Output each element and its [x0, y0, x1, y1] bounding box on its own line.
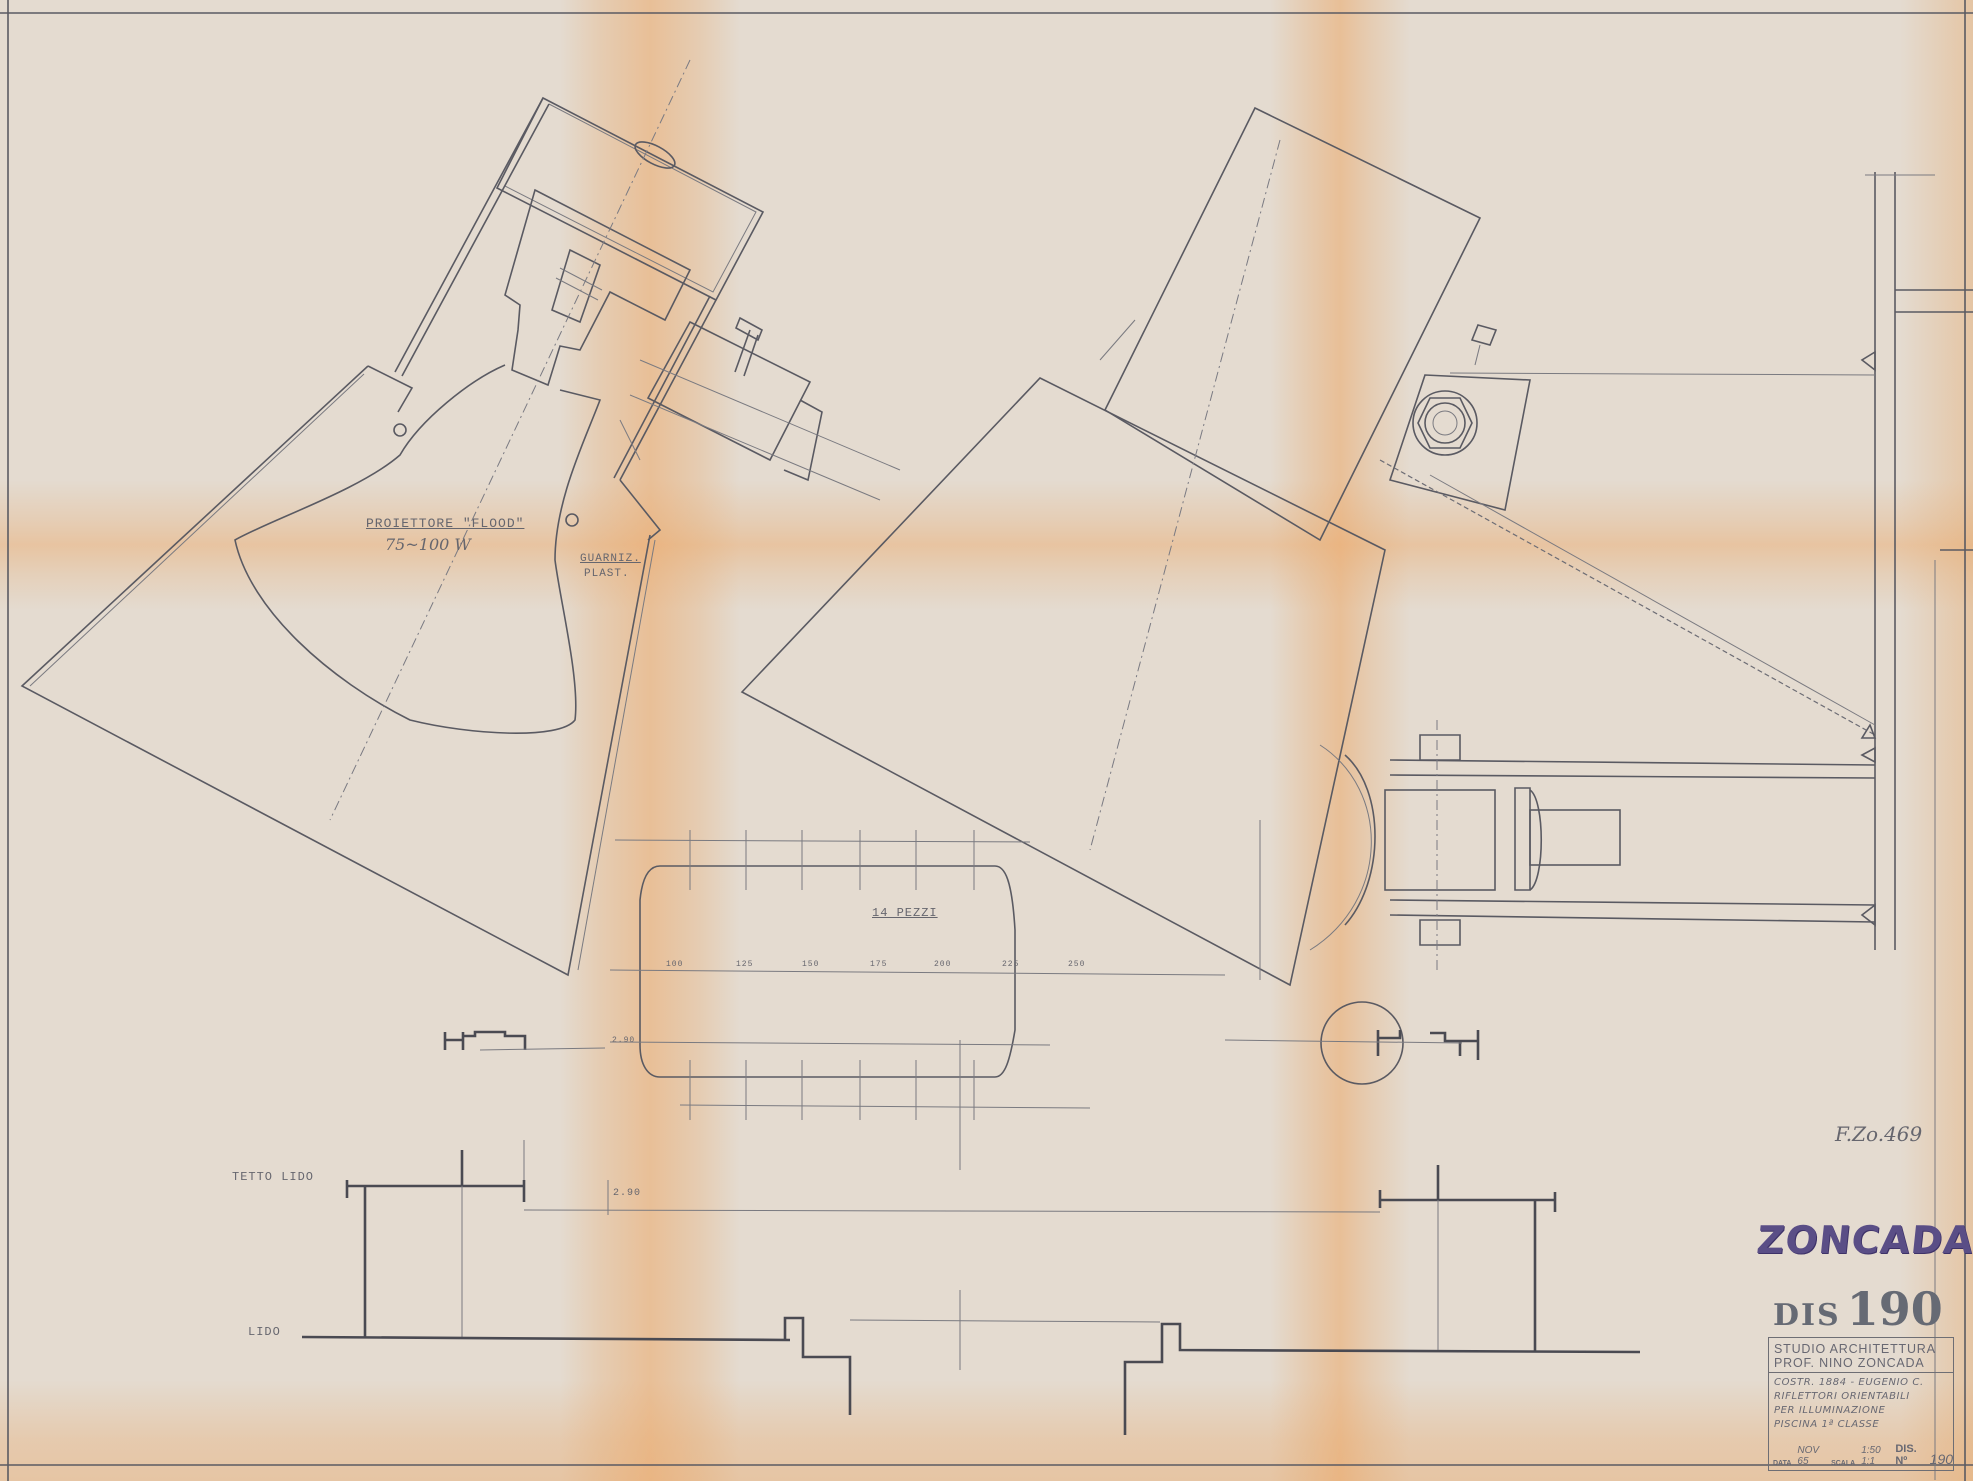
scale-tick: 100: [666, 960, 683, 969]
projector-label: PROIETTORE "FLOOD": [366, 516, 524, 531]
scale-tick: 150: [802, 960, 819, 969]
fixtures-plan: [445, 830, 1478, 1170]
desc-line-3: PER ILLUMINAZIONE: [1774, 1404, 1948, 1418]
date-key: DATA: [1773, 1460, 1791, 1467]
site-elevation: [302, 1140, 1640, 1435]
dimension-height: 2.90: [613, 1188, 641, 1199]
desc-line-1: COSTR. 1884 - EUGENIO C.: [1774, 1376, 1948, 1390]
sheet-border: [0, 0, 1973, 1481]
desc-line-4: PISCINA 1ª CLASSE: [1774, 1418, 1948, 1432]
studio-line-2: PROF. NINO ZONCADA: [1774, 1356, 1948, 1370]
archive-code: F.Zo.469: [1835, 1122, 1922, 1146]
dis-number: 190: [1847, 1282, 1943, 1336]
dis-number-stamp: DIS190: [1773, 1282, 1943, 1336]
studio-header: STUDIO ARCHITETTURA PROF. NINO ZONCADA: [1769, 1338, 1953, 1373]
technical-drawing: [0, 0, 1973, 1481]
scale-tick: 200: [934, 960, 951, 969]
dis-prefix: DIS: [1773, 1298, 1841, 1333]
scale-tick: 125: [736, 960, 753, 969]
roof-label: TETTO LIDO: [232, 1170, 314, 1184]
projector-power: 75~100 W: [385, 535, 471, 554]
scale-key: SCALA: [1831, 1460, 1855, 1467]
floodlight-side-view: [742, 108, 1480, 985]
studio-line-1: STUDIO ARCHITETTURA: [1774, 1342, 1948, 1356]
scale-tick: 250: [1068, 960, 1085, 969]
zoncada-stamp-logo: ZONCADA: [1755, 1218, 1973, 1262]
title-block: STUDIO ARCHITETTURA PROF. NINO ZONCADA C…: [1768, 1337, 1954, 1471]
dis-no-key: DIS. Nº: [1895, 1443, 1923, 1467]
pieces-label: 14 PEZZI: [872, 906, 938, 920]
title-block-footer: DATA NOV 65 SCALA 1:50 1:1 DIS. Nº 190: [1773, 1443, 1953, 1467]
desc-line-2: RIFLETTORI ORIENTABILI: [1774, 1390, 1948, 1404]
dis-no-value: 190: [1930, 1451, 1953, 1467]
drawing-description: COSTR. 1884 - EUGENIO C. RIFLETTORI ORIE…: [1769, 1373, 1953, 1432]
gasket-label-1: GUARNIZ.: [580, 553, 641, 565]
date-value: NOV 65: [1797, 1445, 1825, 1467]
scale-tick: 175: [870, 960, 887, 969]
scale-value: 1:50 1:1: [1861, 1445, 1889, 1467]
ground-label: LIDO: [248, 1325, 281, 1339]
gasket-label-2: PLAST.: [584, 568, 630, 580]
scale-tick: 225: [1002, 960, 1019, 969]
dimension-small: 2.90: [612, 1036, 635, 1045]
